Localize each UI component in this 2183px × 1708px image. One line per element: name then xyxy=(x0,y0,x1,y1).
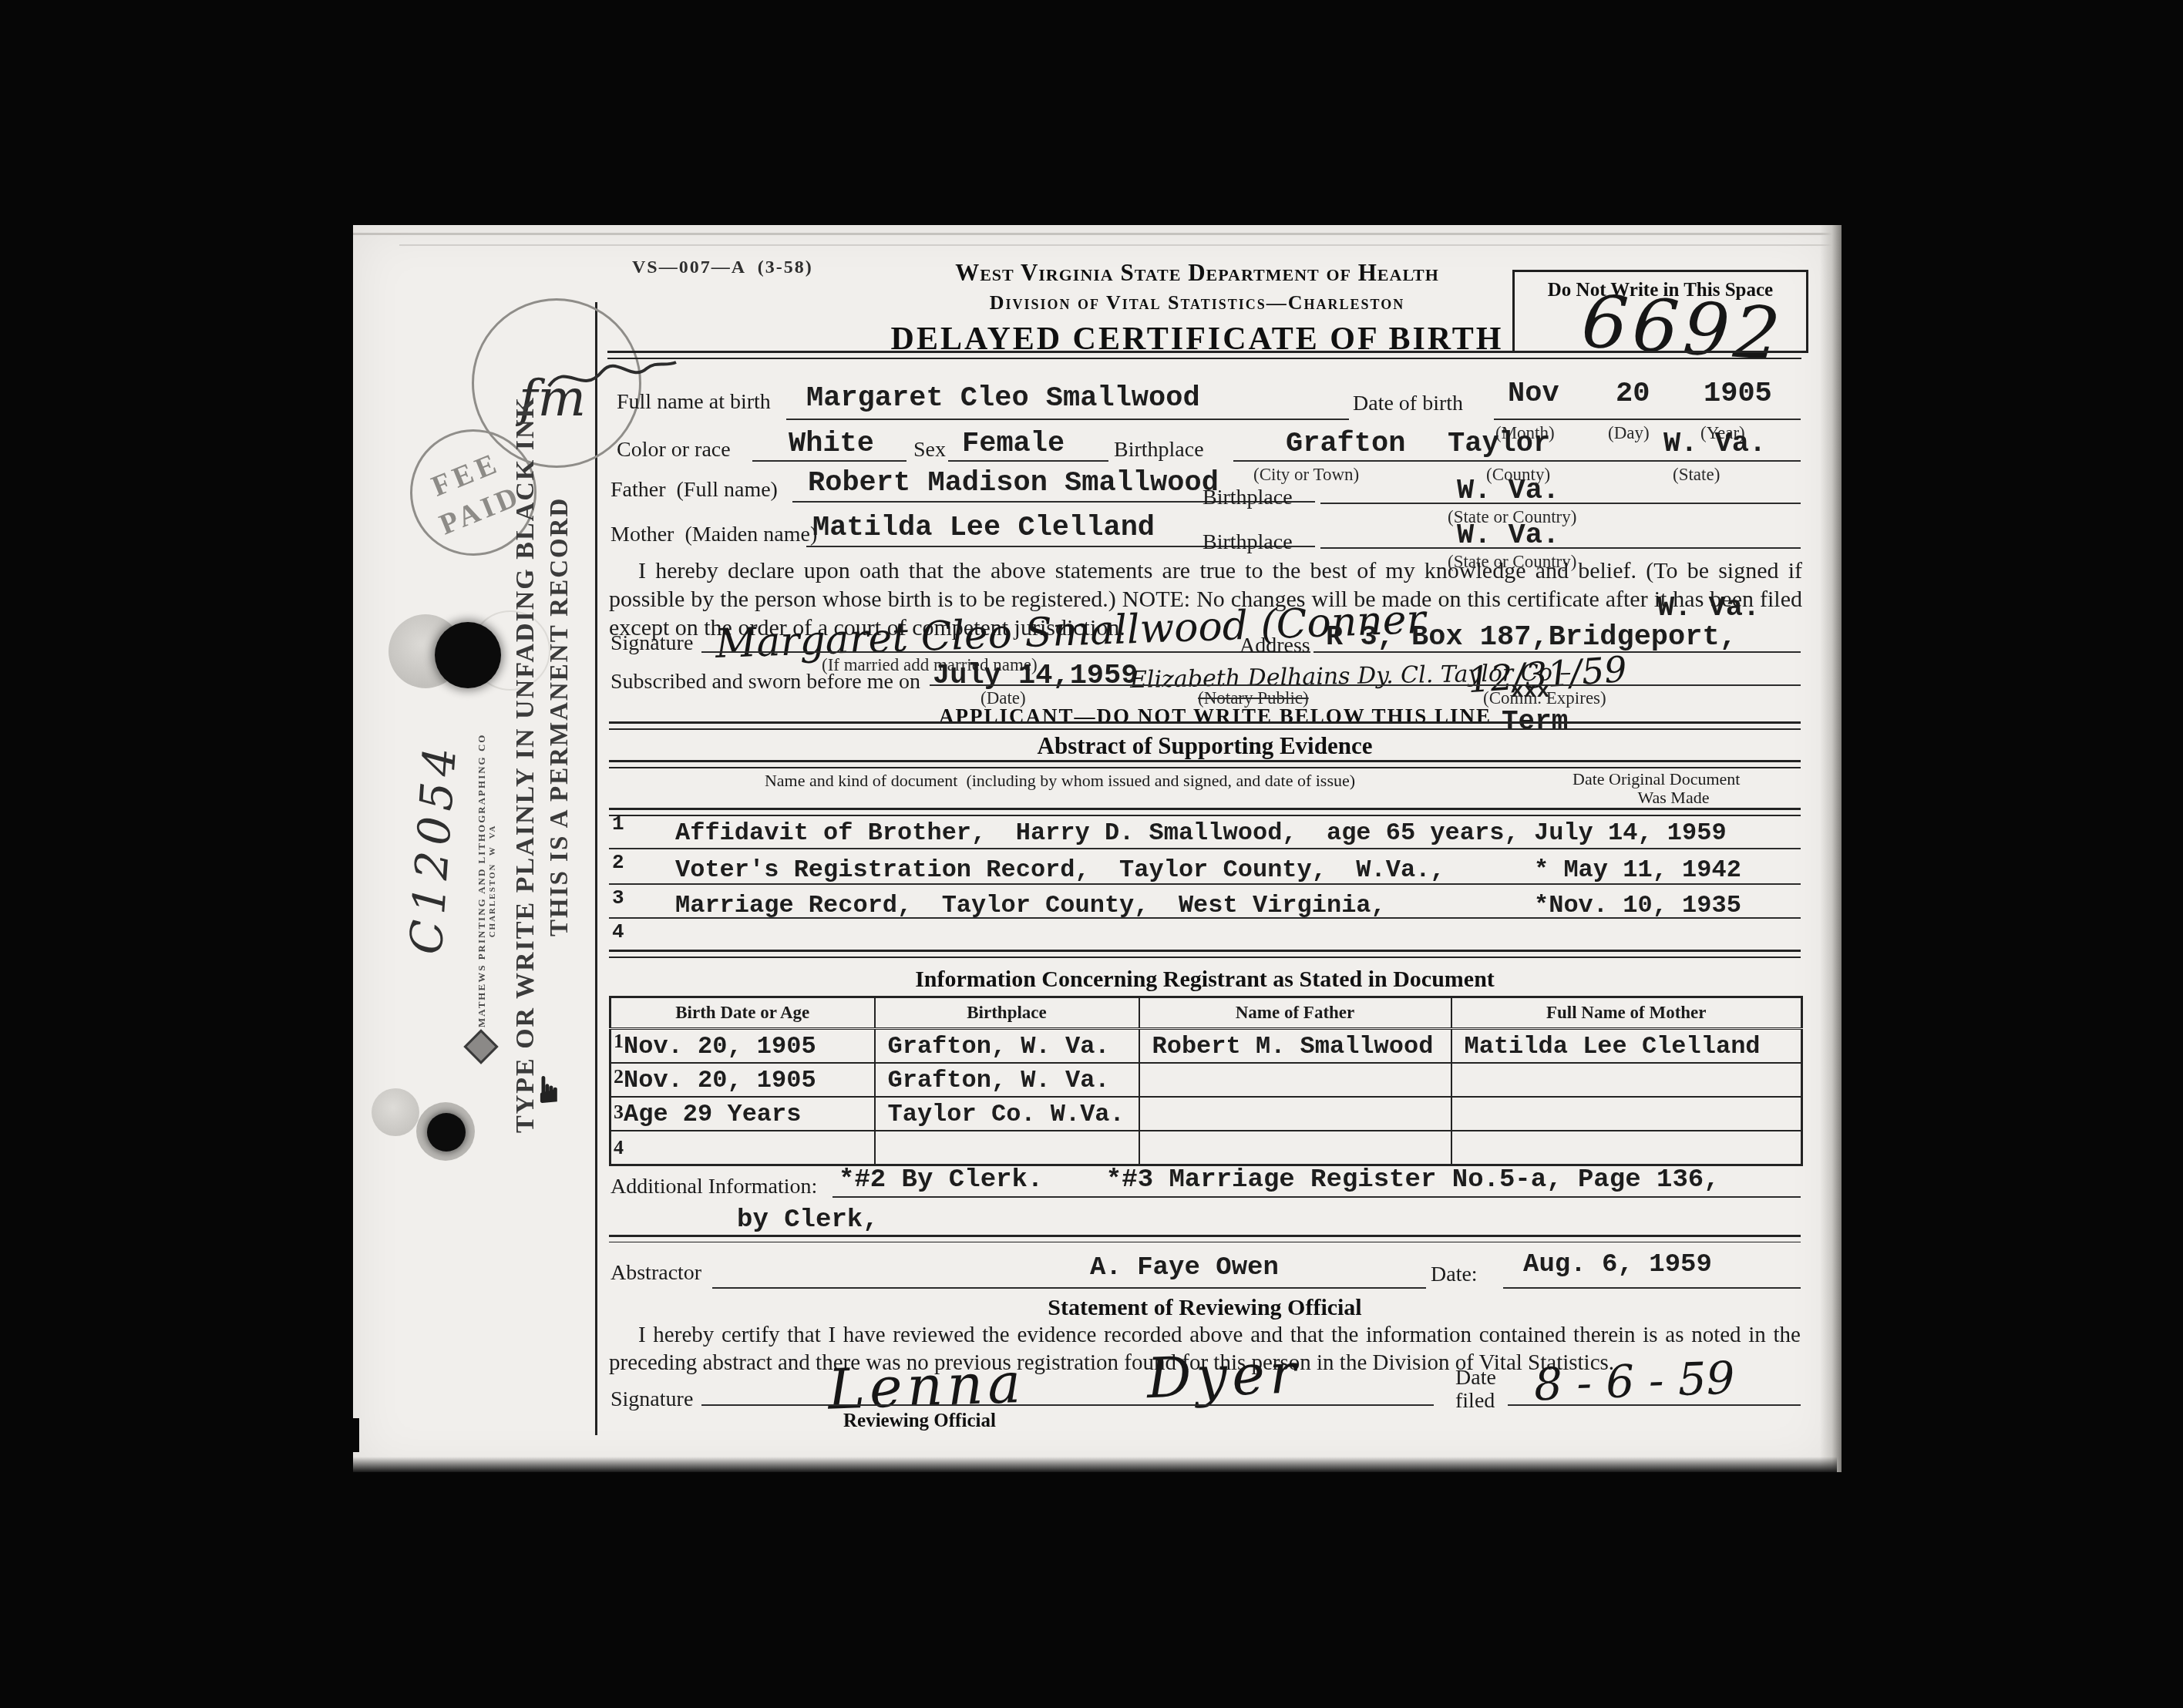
birthplace-state-value: W. Va. xyxy=(1663,428,1766,460)
abstract-row-text: Voter's Registration Record, Taylor Coun… xyxy=(675,856,1445,884)
abstract-title: Abstract of Supporting Evidence xyxy=(609,732,1801,760)
permanent-record-vertical-text: THIS IS A PERMANENT RECORD xyxy=(546,574,577,936)
birth-year-value: 1905 xyxy=(1704,378,1772,410)
abstract-row-line xyxy=(609,917,1801,919)
hole-punch-light-bottom xyxy=(372,1088,419,1136)
address-value: R 3, Box 187,Bridgeport, xyxy=(1326,621,1737,654)
signature-label: Signature xyxy=(610,631,693,656)
paper-right-stack-edge xyxy=(1820,225,1842,1472)
reviewing-title: Statement of Reviewing Official xyxy=(609,1295,1801,1321)
registrant-cell: Grafton, W. Va. xyxy=(875,1063,1139,1097)
additional-info-label: Additional Information: xyxy=(610,1175,817,1199)
paper-bottom-shadow xyxy=(353,1457,1837,1472)
hole-punch-dark-top xyxy=(435,622,501,688)
additional-info-underline xyxy=(832,1196,1801,1198)
birthplace-underline xyxy=(1233,460,1801,462)
abstract-row-text: Affidavit of Brother, Harry D. Smallwood… xyxy=(675,819,1519,847)
sworn-label: Subscribed and sworn before me on xyxy=(610,670,920,694)
abstract-row-text: Marriage Record, Taylor County, West Vir… xyxy=(675,891,1386,920)
date-filed-value-script: 8 - 6 - 59 xyxy=(1533,1351,1736,1410)
abstract-col1-header: Name and kind of document (including by … xyxy=(686,771,1434,791)
registrant-cell: Matilda Lee Clelland xyxy=(1451,1029,1802,1064)
registrant-cell: Age 29 Years xyxy=(610,1097,875,1131)
abstractor-date-value: Aug. 6, 1959 xyxy=(1523,1250,1712,1279)
registrant-cell xyxy=(1451,1097,1802,1131)
file-number: C12054 xyxy=(399,719,467,977)
date-filed-label-top: Date xyxy=(1455,1366,1496,1390)
abstract-bottom-rule xyxy=(609,950,1801,958)
registrant-header-row: Birth Date or Age Birthplace Name of Fat… xyxy=(610,997,1802,1029)
abstract-col2-header-line1: Date Original Document xyxy=(1572,769,1741,789)
mother-name-value: Matilda Lee Clelland xyxy=(812,512,1155,544)
pointing-hand-icon: ☛ xyxy=(527,1060,570,1106)
registrant-cell xyxy=(1139,1097,1451,1131)
abstract-row-line xyxy=(609,848,1801,849)
header-divider xyxy=(607,351,1801,359)
abstract-top-rule xyxy=(609,721,1801,730)
abstract-row-num: 1 xyxy=(612,812,624,836)
abstractor-name-value: A. Faye Owen xyxy=(1090,1253,1279,1283)
registrant-cell: Grafton, W. Va. xyxy=(875,1029,1139,1064)
signature-underline xyxy=(701,651,1310,653)
paper-top-edge-line-2 xyxy=(399,244,1833,246)
registrant-cell xyxy=(610,1131,875,1165)
reviewing-signature-underline xyxy=(701,1404,1434,1406)
instruction-vertical-text: TYPE OR WRITE PLAINLY IN UNFADING BLACK … xyxy=(511,547,547,1133)
paper-top-edge-line xyxy=(353,233,1837,235)
abstract-row-num: 3 xyxy=(612,886,624,909)
registrant-cell: Robert M. Smallwood xyxy=(1139,1029,1451,1064)
abstract-row-date: July 14, 1959 xyxy=(1534,819,1727,847)
sex-value: Female xyxy=(962,428,1065,460)
department-title: West Virginia State Department of Health xyxy=(816,259,1579,287)
full-name-label: Full name at birth xyxy=(617,390,771,415)
abstractor-underline xyxy=(712,1287,1426,1289)
registrant-row xyxy=(610,1131,1802,1165)
day-sublabel: (Day) xyxy=(1608,423,1650,443)
abstract-row-date: *Nov. 10, 1935 xyxy=(1534,891,1741,920)
registrant-header-cell: Full Name of Mother xyxy=(1451,997,1802,1029)
registrant-row-number: 1 xyxy=(614,1030,624,1053)
registrant-cell xyxy=(875,1131,1139,1165)
sex-underline xyxy=(948,460,1108,462)
hole-punch-dark-bottom xyxy=(427,1113,466,1152)
color-race-underline xyxy=(752,460,906,462)
birth-day-value: 20 xyxy=(1616,378,1650,410)
date-of-birth-label: Date of birth xyxy=(1353,392,1463,416)
printer-credit-line1: MATHEWS PRINTING AND LITHOGRAPHING CO xyxy=(476,735,488,1027)
certificate-paper: fm FEE PAID C12054 MATHEWS PRINTING AND … xyxy=(353,225,1837,1472)
registrant-row-number: 3 xyxy=(614,1101,624,1124)
registrant-row: Age 29 Years Taylor Co. W.Va. xyxy=(610,1097,1802,1131)
color-race-value: White xyxy=(789,428,874,460)
full-name-underline xyxy=(786,419,1349,420)
birthplace-city-value: Grafton xyxy=(1286,428,1405,460)
father-label: Father (Full name) xyxy=(610,478,778,503)
father-birthplace-underline xyxy=(1320,503,1801,504)
header-block: West Virginia State Department of Health… xyxy=(816,259,1579,358)
reviewing-signature-label: Signature xyxy=(610,1387,693,1412)
sex-label: Sex xyxy=(913,438,946,462)
state-sublabel: (State) xyxy=(1673,465,1720,485)
registrant-cell: Nov. 20, 1905 xyxy=(610,1029,875,1064)
form-code: VS—007—A (3-58) xyxy=(632,257,813,278)
registrant-row-number: 2 xyxy=(614,1065,624,1088)
abstract-col2-header-line2: Was Made xyxy=(1572,788,1774,808)
sworn-date-value: July 14,1959 xyxy=(933,660,1138,692)
registrant-header-cell: Birthplace xyxy=(875,997,1139,1029)
additional-info-line2: by Clerk, xyxy=(737,1205,879,1235)
birth-month-value: Nov xyxy=(1508,378,1559,410)
birthplace-label: Birthplace xyxy=(1114,438,1204,462)
address-label: Address xyxy=(1239,634,1310,658)
registrant-cell xyxy=(1139,1063,1451,1097)
father-name-value: Robert Madison Smallwood xyxy=(808,467,1219,499)
paper-left-notch xyxy=(347,1418,359,1452)
additional-info-line1: *#2 By Clerk. *#3 Marriage Register No.5… xyxy=(839,1165,1720,1195)
abstract-row-num: 4 xyxy=(612,920,624,943)
color-race-label: Color or race xyxy=(617,438,731,462)
abstract-header-rule xyxy=(609,808,1801,816)
registrant-header-cell: Name of Father xyxy=(1139,997,1451,1029)
printer-credit-line2: CHARLESTON W VA xyxy=(488,735,497,1027)
additional-info-rule xyxy=(609,1235,1801,1242)
abstract-row-line xyxy=(609,883,1801,885)
registrant-table: Birth Date or Age Birthplace Name of Fat… xyxy=(609,996,1803,1166)
abstract-row-num: 2 xyxy=(612,851,624,874)
city-sublabel: (City or Town) xyxy=(1253,465,1359,485)
abstract-title-rule xyxy=(609,760,1801,768)
registrant-row-number: 4 xyxy=(614,1136,624,1159)
mother-birthplace-label: Birthplace xyxy=(1202,530,1293,555)
registrant-cell xyxy=(1451,1063,1802,1097)
date-of-birth-underline xyxy=(1494,419,1801,420)
date-filed-label-bottom: filed xyxy=(1455,1389,1495,1414)
registrant-cell: Taylor Co. W.Va. xyxy=(875,1097,1139,1131)
abstractor-date-underline xyxy=(1503,1287,1801,1289)
birthplace-county-value: Taylor xyxy=(1448,428,1550,460)
registrant-row: Nov. 20, 1905 Grafton, W. Va. xyxy=(610,1063,1802,1097)
reviewing-official-sublabel: Reviewing Official xyxy=(843,1410,996,1432)
registrant-row: Nov. 20, 1905 Grafton, W. Va. Robert M. … xyxy=(610,1029,1802,1064)
division-title: Division of Vital Statistics—Charleston xyxy=(816,291,1579,314)
union-bug-icon xyxy=(463,1029,498,1064)
printer-credit: MATHEWS PRINTING AND LITHOGRAPHING CO CH… xyxy=(476,735,499,1027)
abstractor-date-label: Date: xyxy=(1431,1263,1478,1287)
father-birthplace-label: Birthplace xyxy=(1202,486,1293,510)
full-name-value: Margaret Cleo Smallwood xyxy=(806,382,1200,415)
mother-birthplace-underline xyxy=(1320,547,1801,549)
registrant-cell: Nov. 20, 1905 xyxy=(610,1063,875,1097)
abstractor-label: Abstractor xyxy=(610,1261,701,1286)
registrant-header-cell: Birth Date or Age xyxy=(610,997,875,1029)
comm-strikeover: xxx xyxy=(1511,680,1549,704)
margin-vertical-rule xyxy=(595,302,597,1435)
abstract-row-date: * May 11, 1942 xyxy=(1534,856,1741,884)
registrant-cell xyxy=(1139,1131,1451,1165)
certificate-number: 6692 xyxy=(1579,280,1788,378)
scanned-page-background: { "header": { "form_code": "VS—007—A (3-… xyxy=(0,0,2183,1708)
registrant-title: Information Concerning Registrant as Sta… xyxy=(609,967,1801,993)
mother-label: Mother (Maiden name) xyxy=(610,523,817,547)
sworn-underline xyxy=(930,684,1801,686)
registrant-cell xyxy=(1451,1131,1802,1165)
declaration-stray-state: W. Va. xyxy=(1657,592,1760,624)
date-filed-underline xyxy=(1508,1404,1801,1406)
